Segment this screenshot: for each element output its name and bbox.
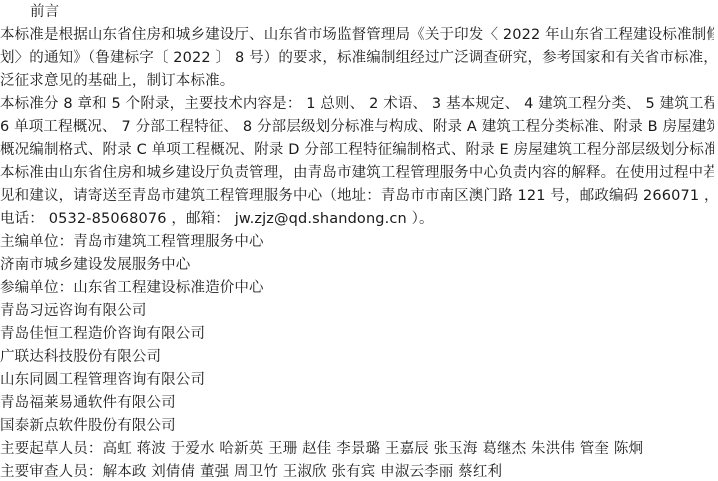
reviewers-line: 主要审查人员：解本政 刘倩倩 董强 周卫竹 王淑欣 张有宾 申淑云李丽 蔡红利: [0, 461, 714, 481]
participating-label: 参编单位：: [0, 280, 73, 296]
paragraph-contents: 本标准分 8 章和 5 个附录，主要技术内容是： 1 总则、 2 术语、 3 基…: [0, 93, 714, 162]
paragraph-line: 概况编制格式、附录 C 单项工程概况、附录 D 分部工程特征编制格式、附录 E …: [0, 139, 714, 162]
participating-unit: 国泰新点软件股份有限公司: [0, 415, 714, 438]
chief-editor-name: 青岛市建筑工程管理服务中心: [73, 234, 263, 250]
paragraph-line: 本标准分 8 章和 5 个附录，主要技术内容是： 1 总则、 2 术语、 3 基…: [0, 93, 714, 116]
drafters-line: 主要起草人员：高虹 蒋波 于爱水 哈新英 王珊 赵佳 李景璐 王嘉辰 张玉海 葛…: [0, 438, 714, 461]
participating-unit: 山东同圆工程管理咨询有限公司: [0, 369, 714, 392]
paragraph-line: 本标准由山东省住房和城乡建设厅负责管理，由青岛市建筑工程管理服务中心负责内容的解…: [0, 162, 714, 185]
document-title: 前言: [0, 1, 714, 24]
paragraph-line: 见和建议，请寄送至青岛市建筑工程管理服务中心（地址：青岛市市南区澳门路 121 …: [0, 185, 714, 208]
participating-unit: 青岛福莱易通软件有限公司: [0, 392, 714, 415]
paragraph-line: 本标准是根据山东省住房和城乡建设厅、山东省市场监督管理局《关于印发〈 2022 …: [0, 24, 714, 47]
chief-editor-unit-2: 济南市城乡建设发展服务中心: [0, 254, 714, 277]
reviewers-names: 解本政 刘倩倩 董强 周卫竹 王淑欣 张有宾 申淑云李丽 蔡红利: [103, 464, 503, 480]
chief-editor-unit-1: 主编单位：青岛市建筑工程管理服务中心: [0, 231, 714, 254]
drafters-names: 高虹 蒋波 于爱水 哈新英 王珊 赵佳 李景璐 王嘉辰 张玉海 葛继杰 朱洪伟 …: [103, 441, 644, 457]
drafters-label: 主要起草人员：: [0, 441, 103, 457]
paragraph-line: 划〉的通知》（鲁建标字〔 2022 〕 8 号）的要求，标准编制组经过广泛调查研…: [0, 47, 714, 70]
participating-unit: 广联达科技股份有限公司: [0, 346, 714, 369]
participating-name: 山东省工程建设标准造价中心: [73, 280, 263, 296]
document-body: 前言 本标准是根据山东省住房和城乡建设厅、山东省市场监督管理局《关于印发〈 20…: [0, 1, 718, 481]
paragraph-management: 本标准由山东省住房和城乡建设厅负责管理，由青岛市建筑工程管理服务中心负责内容的解…: [0, 162, 714, 231]
paragraph-basis: 本标准是根据山东省住房和城乡建设厅、山东省市场监督管理局《关于印发〈 2022 …: [0, 24, 714, 93]
participating-unit: 青岛佳恒工程造价咨询有限公司: [0, 323, 714, 346]
paragraph-line: 泛征求意见的基础上，制订本标准。: [0, 70, 714, 93]
reviewers-label: 主要审查人员：: [0, 464, 103, 480]
paragraph-line: 6 单项工程概况、 7 分部工程特征、 8 分部层级划分标准与构成、附录 A 建…: [0, 116, 714, 139]
paragraph-line: 电话： 0532-85068076 ，邮箱： jw.zjz@qd.shandon…: [0, 208, 714, 231]
participating-unit: 青岛习远咨询有限公司: [0, 300, 714, 323]
chief-editors-label: 主编单位：: [0, 234, 73, 250]
participating-unit-1: 参编单位：山东省工程建设标准造价中心: [0, 277, 714, 300]
